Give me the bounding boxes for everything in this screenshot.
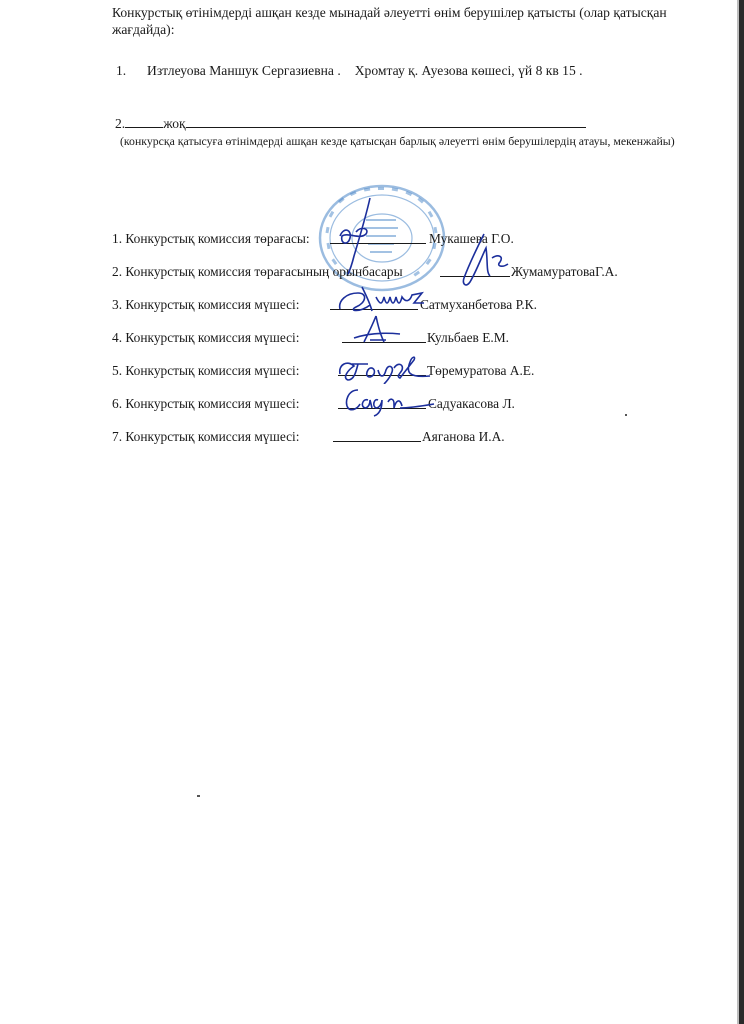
signatory-role: 7. Конкурстық комиссия мүшесі: xyxy=(112,428,299,445)
participant-item-2: 2.жоқ xyxy=(115,114,586,132)
scan-edge xyxy=(739,0,744,1024)
scan-speck xyxy=(197,795,200,797)
signature-3-icon xyxy=(336,283,428,317)
intro-paragraph: Конкурстық өтінімдерді ашқан кезде мынад… xyxy=(112,4,732,38)
participant-address: Хромтау қ. Ауезова көшесі, үй 8 кв 15 . xyxy=(355,63,583,78)
signatory-role: 6. Конкурстық комиссия мүшесі: xyxy=(112,395,299,412)
signatory-name: Аяганова И.А. xyxy=(422,428,505,445)
signatory-name: Сатмуханбетова Р.К. xyxy=(420,296,537,313)
signature-4-icon xyxy=(350,314,406,348)
signatory-name: Кульбаев Е.М. xyxy=(427,329,509,346)
signatory-role: 1. Конкурстық комиссия төрағасы: xyxy=(112,230,310,247)
signatory-role: 4. Конкурстық комиссия мүшесі: xyxy=(112,329,299,346)
signatory-role: 3. Конкурстық комиссия мүшесі: xyxy=(112,296,299,313)
participant-number: 1. xyxy=(116,62,147,79)
signature-1-icon xyxy=(330,196,390,276)
participant-name: Изтлеуова Маншук Сергазиевна . xyxy=(147,63,341,78)
participant-number: 2. xyxy=(115,116,125,131)
signatory-name: ЖумамуратоваГ.А. xyxy=(511,263,618,280)
signature-2-icon xyxy=(456,232,516,292)
signatory-name: Төремуратова А.Е. xyxy=(427,362,534,379)
signatory-name: Садуакасова Л. xyxy=(428,395,515,412)
participant-name: жоқ xyxy=(163,116,185,131)
participant-item-1: 1.Изтлеуова Маншук Сергазиевна .Хромтау … xyxy=(116,62,583,79)
signature-line xyxy=(333,428,421,442)
signature-5-icon xyxy=(334,352,434,384)
blank-line xyxy=(125,114,163,128)
participants-note: (конкурсқа қатысуға өтінімдерді ашқан ке… xyxy=(112,133,732,149)
scan-speck xyxy=(625,414,627,416)
signature-6-icon xyxy=(340,384,436,418)
blank-line xyxy=(186,114,586,128)
signatory-role: 5. Конкурстық комиссия мүшесі: xyxy=(112,362,299,379)
